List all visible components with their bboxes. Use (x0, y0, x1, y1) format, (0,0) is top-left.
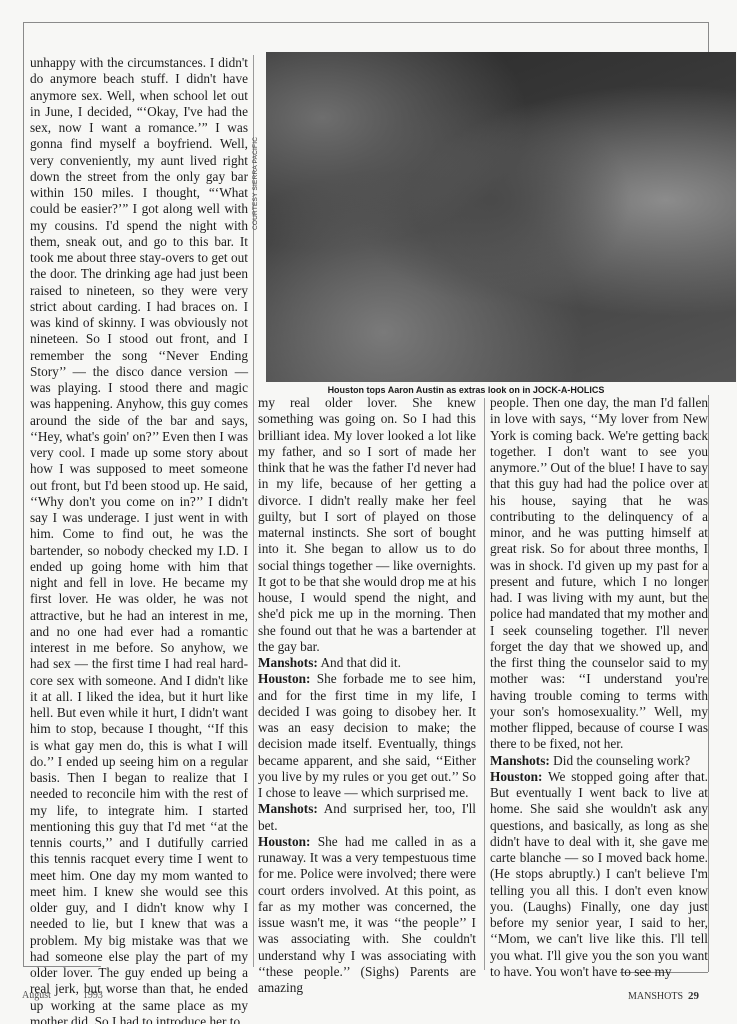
speaker-label: Manshots: (258, 655, 318, 670)
footer-folio: MANSHOTS29 (628, 990, 699, 1002)
paragraph-text: We stopped going after that. But eventua… (490, 769, 708, 979)
article-column-3: people. Then one day, the man I'd fallen… (490, 395, 708, 980)
paragraph: Houston: We stopped going after that. Bu… (490, 769, 708, 980)
paragraph: Manshots: And that did it. (258, 655, 476, 671)
footer-date: August1993 (22, 990, 103, 1001)
footer-year: 1993 (83, 990, 103, 1001)
footer-month: August (22, 990, 51, 1001)
paragraph: Manshots: Did the counseling work? (490, 753, 708, 769)
article-column-1: unhappy with the circumstances. I didn't… (30, 55, 248, 1024)
page-frame-left-rule (23, 22, 24, 966)
paragraph: people. Then one day, the man I'd fallen… (490, 395, 708, 753)
speaker-label: Houston: (258, 834, 310, 849)
speaker-label: Houston: (258, 671, 310, 686)
paragraph: Houston: She had me called in as a runaw… (258, 834, 476, 997)
paragraph: Houston: She forbade me to see him, and … (258, 671, 476, 801)
page-number: 29 (688, 990, 699, 1002)
page-frame-right-rule (708, 22, 709, 52)
speaker-label: Houston: (490, 769, 542, 784)
paragraph: Manshots: And surprised her, too, I'll b… (258, 801, 476, 834)
paragraph: my real older lover. She knew something … (258, 395, 476, 655)
photo-credit: COURTESY SIERRA PACIFIC (252, 137, 259, 230)
footer-magazine-name: MANSHOTS (628, 991, 683, 1002)
article-photo (266, 52, 736, 382)
page-frame-right-lower-rule (708, 395, 709, 972)
paragraph-text: And that did it. (320, 655, 401, 670)
paragraph: unhappy with the circumstances. I didn't… (30, 55, 248, 1024)
column-divider-2 (484, 398, 485, 970)
article-column-2: my real older lover. She knew something … (258, 395, 476, 996)
paragraph-text: unhappy with the circumstances. I didn't… (30, 55, 248, 1024)
photo-caption: Houston tops Aaron Austin as extras look… (266, 385, 666, 395)
speaker-label: Manshots: (490, 753, 550, 768)
paragraph-text: Did the counseling work? (553, 753, 690, 768)
speaker-label: Manshots: (258, 801, 318, 816)
paragraph-text: people. Then one day, the man I'd fallen… (490, 395, 708, 751)
page-frame-top-rule (23, 22, 708, 23)
paragraph-text: She had me called in as a runaway. It wa… (258, 834, 476, 995)
paragraph-text: She forbade me to see him, and for the f… (258, 671, 476, 800)
paragraph-text: my real older lover. She knew something … (258, 395, 476, 654)
